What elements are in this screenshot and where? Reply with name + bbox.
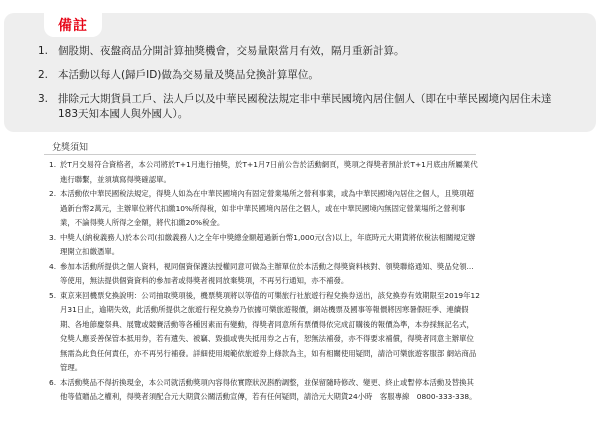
notes-list: 1. 個股期、夜盤商品分開計算抽獎機會，交易量限當月有效，隔月重新計算。 2. … bbox=[48, 44, 568, 131]
rule-number: 1. bbox=[49, 158, 56, 173]
notes-item-number: 2. bbox=[38, 68, 48, 83]
redemption-title: 兌獎須知 bbox=[52, 140, 88, 153]
rule-text: 參加本活動所提供之個人資料，視同個資保護法授權同意可做為主辦單位於本活動之得獎資… bbox=[60, 262, 474, 286]
rule-text: 中獎人(納稅義務人)於本公司(扣繳義務人)之全年中獎總金額超過新台幣1,000元… bbox=[60, 233, 475, 257]
notes-item-number: 1. bbox=[38, 44, 48, 59]
rule-number: 3. bbox=[49, 231, 56, 246]
notes-item-number: 3. bbox=[38, 92, 48, 107]
notes-item: 3. 排除元大期貨員工戶、法人戶以及中華民國稅法規定非中華民國境內居住個人（即在… bbox=[48, 92, 568, 122]
rule-text: 於T月交易符合資格者，本公司將於T+1月進行抽獎，於T+1月7日前公告於活動網頁… bbox=[60, 160, 478, 184]
rule-number: 4. bbox=[49, 260, 56, 275]
rule-item: 6. 本活動獎品不得折換現金，本公司就活動獎項內容得依實際狀況斟酌調整，並保留隨… bbox=[60, 376, 480, 405]
notes-panel: 備註 1. 個股期、夜盤商品分開計算抽獎機會，交易量限當月有效，隔月重新計算。 … bbox=[4, 13, 596, 132]
rule-text: 本活動獎品不得折換現金，本公司就活動獎項內容得依實際狀況斟酌調整，並保留隨時修改… bbox=[60, 378, 477, 402]
notes-item: 1. 個股期、夜盤商品分開計算抽獎機會，交易量限當月有效，隔月重新計算。 bbox=[48, 44, 568, 59]
rule-number: 5. bbox=[49, 289, 56, 304]
rule-item: 5. 東京來回機票兌換說明：公司抽取獎項後，機票獎項將以等值的可樂旅行社旅遊行程… bbox=[60, 289, 480, 376]
rule-text: 東京來回機票兌換說明：公司抽取獎項後，機票獎項將以等值的可樂旅行社旅遊行程兌換券… bbox=[60, 291, 480, 373]
rule-item: 2. 本活動依中華民國稅法規定，得獎人如為在中華民國境內有固定營業場所之營利事業… bbox=[60, 187, 480, 231]
rule-number: 2. bbox=[49, 187, 56, 202]
notes-item: 2. 本活動以每人(歸戶ID)做為交易量及獎品兌換計算單位。 bbox=[48, 68, 568, 83]
notes-title: 備註 bbox=[58, 15, 88, 35]
rule-item: 3. 中獎人(納稅義務人)於本公司(扣繳義務人)之全年中獎總金額超過新台幣1,0… bbox=[60, 231, 480, 260]
notes-item-text: 本活動以每人(歸戶ID)做為交易量及獎品兌換計算單位。 bbox=[58, 69, 319, 81]
notes-item-text: 個股期、夜盤商品分開計算抽獎機會，交易量限當月有效，隔月重新計算。 bbox=[58, 45, 405, 57]
notes-tab: 備註 bbox=[44, 13, 102, 37]
redemption-rules-list: 1. 於T月交易符合資格者，本公司將於T+1月進行抽獎，於T+1月7日前公告於活… bbox=[60, 158, 480, 405]
notes-item-text: 排除元大期貨員工戶、法人戶以及中華民國稅法規定非中華民國境內居住個人（即在中華民… bbox=[58, 93, 552, 120]
rule-text: 本活動依中華民國稅法規定，得獎人如為在中華民國境內有固定營業場所之營利事業，或為… bbox=[60, 189, 474, 227]
section-divider bbox=[44, 154, 476, 155]
rule-item: 4. 參加本活動所提供之個人資料，視同個資保護法授權同意可做為主辦單位於本活動之… bbox=[60, 260, 480, 289]
rule-item: 1. 於T月交易符合資格者，本公司將於T+1月進行抽獎，於T+1月7日前公告於活… bbox=[60, 158, 480, 187]
rule-number: 6. bbox=[49, 376, 56, 391]
